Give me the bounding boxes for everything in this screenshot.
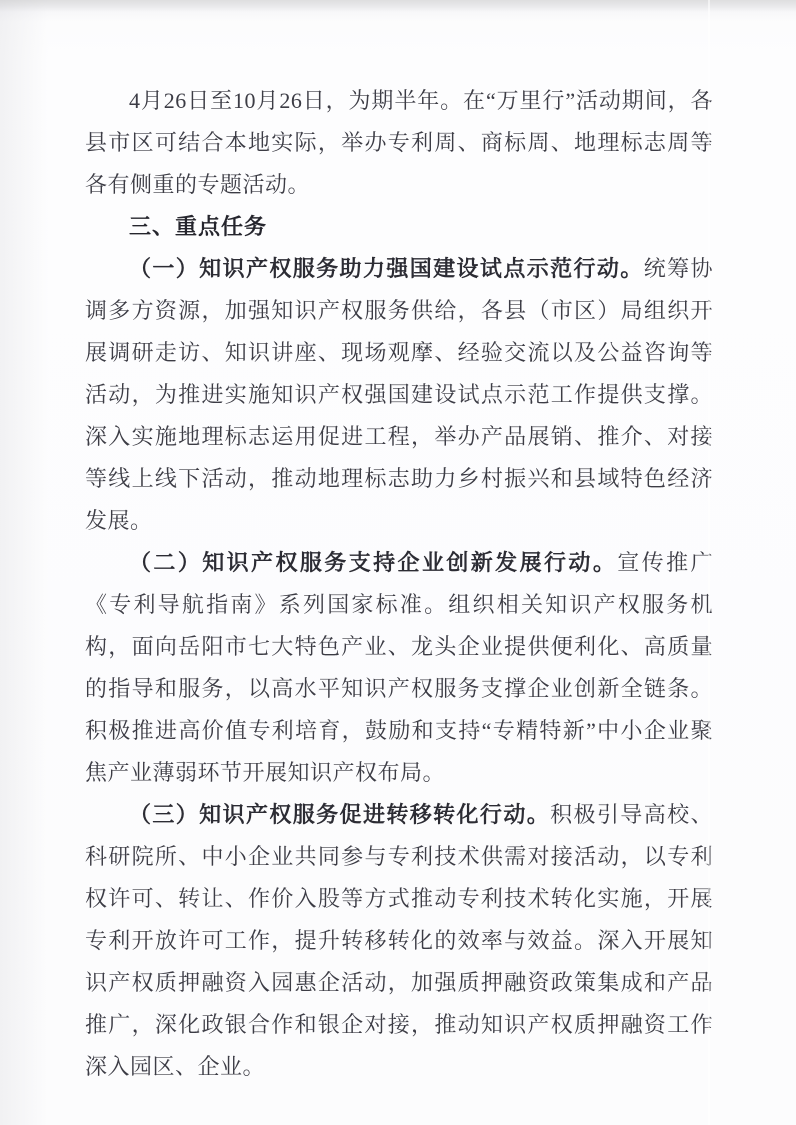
paragraph-task-1: （一）知识产权服务助力强国建设试点示范行动。统筹协调多方资源，加强知识产权服务供… [85,248,713,542]
document-page: 4月26日至10月26日，为期半年。在“万里行”活动期间，各县市区可结合本地实际… [0,0,796,1125]
paragraph-task-3-body: 积极引导高校、科研院所、中小企业共同参与专利技术供需对接活动，以专利权许可、转让… [85,802,713,1079]
section-heading-key-tasks: 三、重点任务 [85,206,713,248]
paragraph-task-2-body: 宣传推广《专利导航指南》系列国家标准。组织相关知识产权服务机构，面向岳阳市七大特… [85,550,713,785]
paragraph-task-3-lead: （三）知识产权服务促进转移转化行动。 [129,802,550,827]
paragraph-task-3: （三）知识产权服务促进转移转化行动。积极引导高校、科研院所、中小企业共同参与专利… [85,794,713,1088]
document-body: 4月26日至10月26日，为期半年。在“万里行”活动期间，各县市区可结合本地实际… [85,80,713,1088]
paragraph-task-1-body: 统筹协调多方资源，加强知识产权服务供给，各县（市区）局组织开展调研走访、知识讲座… [85,256,713,533]
paragraph-task-1-lead: （一）知识产权服务助力强国建设试点示范行动。 [129,256,644,281]
paragraph-activity-period: 4月26日至10月26日，为期半年。在“万里行”活动期间，各县市区可结合本地实际… [85,80,713,206]
paragraph-task-2: （二）知识产权服务支持企业创新发展行动。宣传推广《专利导航指南》系列国家标准。组… [85,542,713,794]
paragraph-task-2-lead: （二）知识产权服务支持企业创新发展行动。 [129,550,617,575]
